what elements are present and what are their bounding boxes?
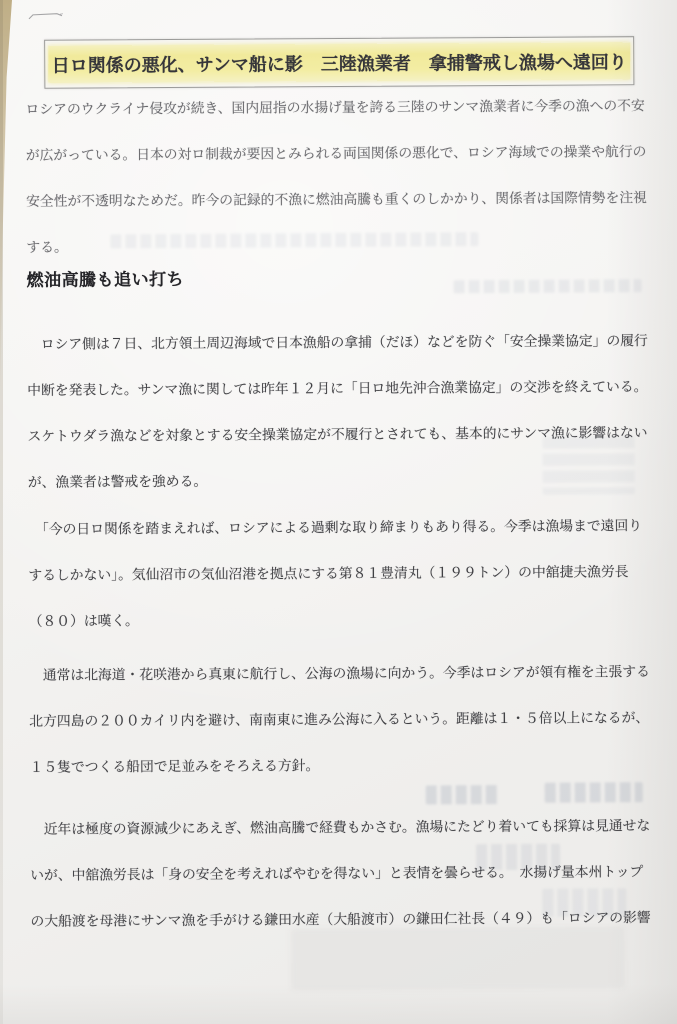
photo-of-printed-article: 日ロ関係の悪化、サンマ船に影 三陸漁業者 拿捕警戒し漁場へ遠回り ロシアのウクラ… (0, 0, 677, 1024)
text-line: ロシア側は７日、北方領土周辺海域で日本漁船の拿捕（だほ）などを防ぐ「安全操業協定… (27, 318, 657, 368)
text-line: 中断を発表した。サンマ漁に関しては昨年１２月に「日ロ地先沖合漁業協定」の交渉を終… (27, 364, 657, 414)
headline: 日ロ関係の悪化、サンマ船に影 三陸漁業者 拿捕警戒し漁場へ遠回り (52, 48, 627, 78)
subheading: 燃油高騰も追い打ち (26, 265, 184, 291)
text-line: ロシアのウクライナ侵攻が続き、国内屈指の水揚げ量を誇る三陸のサンマ漁業者に今季の… (25, 83, 655, 133)
text-line: 安全性が不透明なためだ。昨今の記録的不漁に燃油高騰も重くのしかかり、関係者は国際… (26, 175, 656, 225)
body-paragraph-4: 近年は極度の資源減少にあえぎ、燃油高騰で経費もかさむ。漁場にたどり着いても採算は… (30, 803, 661, 945)
body-paragraph-3: 通常は北海道・花咲港から真東に航行し、公海の漁場に向かう。今季はロシアが領有権を… (29, 649, 660, 791)
text-line: 近年は極度の資源減少にあえぎ、燃油高騰で経費もかさむ。漁場にたどり着いても採算は… (30, 803, 660, 853)
headline-highlight: 日ロ関係の悪化、サンマ船に影 三陸漁業者 拿捕警戒し漁場へ遠回り (48, 42, 630, 83)
lead-paragraph: ロシアのウクライナ侵攻が続き、国内屈指の水揚げ量を誇る三陸のサンマ漁業者に今季の… (25, 83, 656, 271)
text-line: いが、中舘漁労長は「身の安全を考えればやむを得ない」と表情を曇らせる。 水揚げ量… (30, 849, 660, 899)
text-line: １５隻でつくる船団で足並みをそろえる方針。 (29, 741, 659, 791)
text-line: するしかない」。気仙沼市の気仙沼港を拠点にする第８１豊清丸（１９９トン）の中舘捷… (28, 549, 658, 599)
text-line: 北方四島の２００カイリ内を避け、南南東に進み公海に入るという。距離は１・５倍以上… (29, 695, 659, 745)
pen-mark (27, 11, 65, 23)
photo-shading-bottom (0, 984, 677, 1024)
photo-shading-right (607, 0, 677, 1024)
text-line: する。 (26, 221, 656, 271)
text-line: スケトウダラ漁などを対象とする安全操業協定が不履行とされても、基本的にサンマ漁に… (27, 410, 657, 460)
text-line: の大船渡を母港にサンマ漁を手がける鎌田水産（大船渡市）の鎌田仁社長（４９）も「ロ… (30, 895, 660, 945)
article-page: 日ロ関係の悪化、サンマ船に影 三陸漁業者 拿捕警戒し漁場へ遠回り ロシアのウクラ… (0, 0, 677, 1024)
text-line: 通常は北海道・花咲港から真東に航行し、公海の漁場に向かう。今季はロシアが領有権を… (29, 649, 659, 699)
text-line: （８０）は嘆く。 (29, 595, 659, 645)
text-line: が広がっている。日本の対ロ制裁が要因とみられる両国関係の悪化で、ロシア海域での操… (26, 129, 656, 179)
text-line: 「今の日ロ関係を踏まえれば、ロシアによる過剰な取り締まりもあり得る。今季は漁場ま… (28, 503, 658, 553)
headline-box: 日ロ関係の悪化、サンマ船に影 三陸漁業者 拿捕警戒し漁場へ遠回り (44, 36, 634, 89)
body-paragraph-1: ロシア側は７日、北方領土周辺海域で日本漁船の拿捕（だほ）などを防ぐ「安全操業協定… (27, 318, 658, 506)
body-paragraph-2: 「今の日ロ関係を踏まえれば、ロシアによる過剰な取り締まりもあり得る。今季は漁場ま… (28, 503, 659, 645)
text-line: が、漁業者は警戒を強める。 (28, 456, 658, 506)
